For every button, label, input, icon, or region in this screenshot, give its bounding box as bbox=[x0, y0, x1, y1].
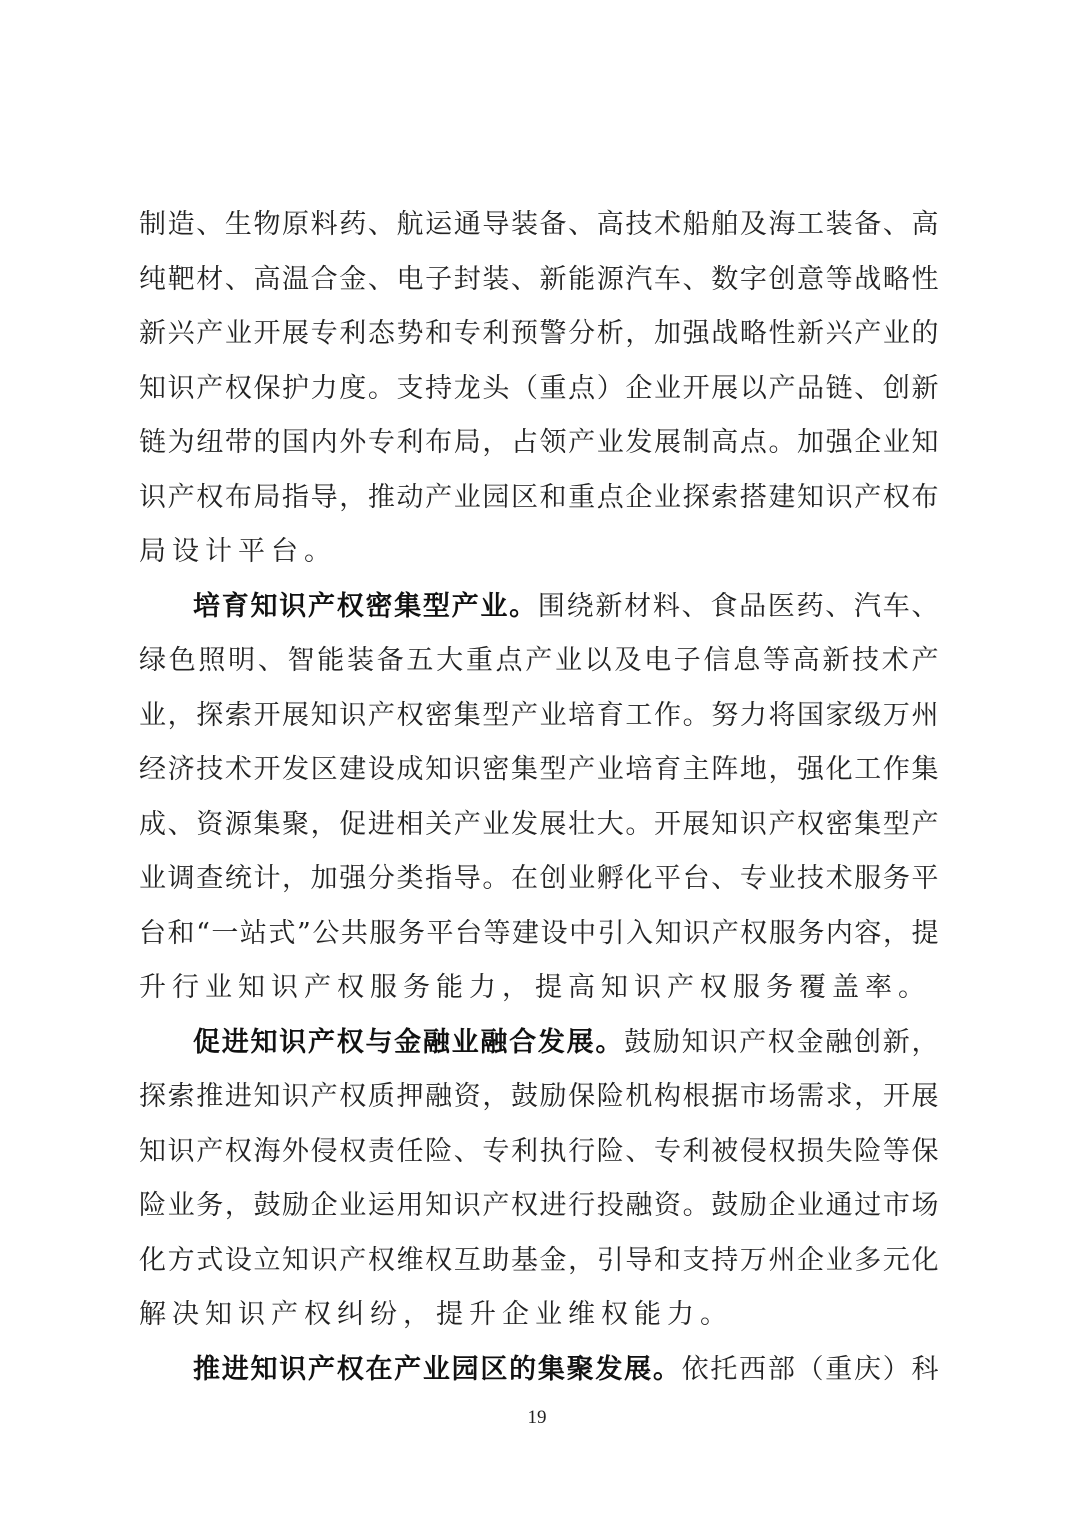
text-line: 解决知识产权纠纷，提升企业维权能力。 bbox=[139, 1288, 939, 1343]
text-line: 局设计平台。 bbox=[139, 525, 939, 580]
text-line: 知识产权海外侵权责任险、专利执行险、专利被侵权损失险等保 bbox=[139, 1125, 939, 1180]
text-span: 围绕新材料、食品医药、汽车、 bbox=[538, 591, 939, 622]
text-line: 险业务，鼓励企业运用知识产权进行投融资。鼓励企业通过市场 bbox=[139, 1179, 939, 1234]
text-line: 纯靶材、高温合金、电子封装、新能源汽车、数字创意等战略性 bbox=[139, 253, 939, 308]
text-line: 成、资源集聚，促进相关产业发展壮大。开展知识产权密集型产 bbox=[139, 798, 939, 853]
text-span: 依托西部（重庆）科 bbox=[682, 1354, 939, 1385]
text-line: 升行业知识产权服务能力，提高知识产权服务覆盖率。 bbox=[139, 961, 939, 1016]
text-line: 新兴产业开展专利态势和专利预警分析，加强战略性新兴产业的 bbox=[139, 307, 939, 362]
document-page: 制造、生物原料药、航运通导装备、高技术船舶及海工装备、高 纯靶材、高温合金、电子… bbox=[0, 0, 1074, 1520]
paragraph-heading: 推进知识产权在产业园区的集聚发展。 bbox=[193, 1354, 682, 1385]
text-line: 知识产权保护力度。支持龙头（重点）企业开展以产品链、创新 bbox=[139, 362, 939, 417]
paragraph-first-line: 促进知识产权与金融业融合发展。鼓励知识产权金融创新， bbox=[139, 1016, 939, 1071]
text-line: 业，探索开展知识产权密集型产业培育工作。努力将国家级万州 bbox=[139, 689, 939, 744]
text-line: 化方式设立知识产权维权互助基金，引导和支持万州企业多元化 bbox=[139, 1234, 939, 1289]
paragraph-first-line: 培育知识产权密集型产业。围绕新材料、食品医药、汽车、 bbox=[139, 580, 939, 635]
paragraph-first-line: 推进知识产权在产业园区的集聚发展。依托西部（重庆）科 bbox=[139, 1343, 939, 1398]
body-text: 制造、生物原料药、航运通导装备、高技术船舶及海工装备、高 纯靶材、高温合金、电子… bbox=[139, 198, 939, 1397]
text-line: 台和“一站式”公共服务平台等建设中引入知识产权服务内容，提 bbox=[139, 907, 939, 962]
paragraph-heading: 培育知识产权密集型产业。 bbox=[193, 591, 538, 622]
text-line: 绿色照明、智能装备五大重点产业以及电子信息等高新技术产 bbox=[139, 634, 939, 689]
text-line: 识产权布局指导，推动产业园区和重点企业探索搭建知识产权布 bbox=[139, 471, 939, 526]
text-line: 经济技术开发区建设成知识密集型产业培育主阵地，强化工作集 bbox=[139, 743, 939, 798]
text-line: 制造、生物原料药、航运通导装备、高技术船舶及海工装备、高 bbox=[139, 198, 939, 253]
paragraph-heading: 促进知识产权与金融业融合发展。 bbox=[193, 1027, 624, 1058]
text-line: 链为纽带的国内外专利布局，占领产业发展制高点。加强企业知 bbox=[139, 416, 939, 471]
text-line: 探索推进知识产权质押融资，鼓励保险机构根据市场需求，开展 bbox=[139, 1070, 939, 1125]
page-number: 19 bbox=[0, 1407, 1074, 1429]
text-span: 鼓励知识产权金融创新， bbox=[624, 1027, 939, 1058]
text-line: 业调查统计，加强分类指导。在创业孵化平台、专业技术服务平 bbox=[139, 852, 939, 907]
